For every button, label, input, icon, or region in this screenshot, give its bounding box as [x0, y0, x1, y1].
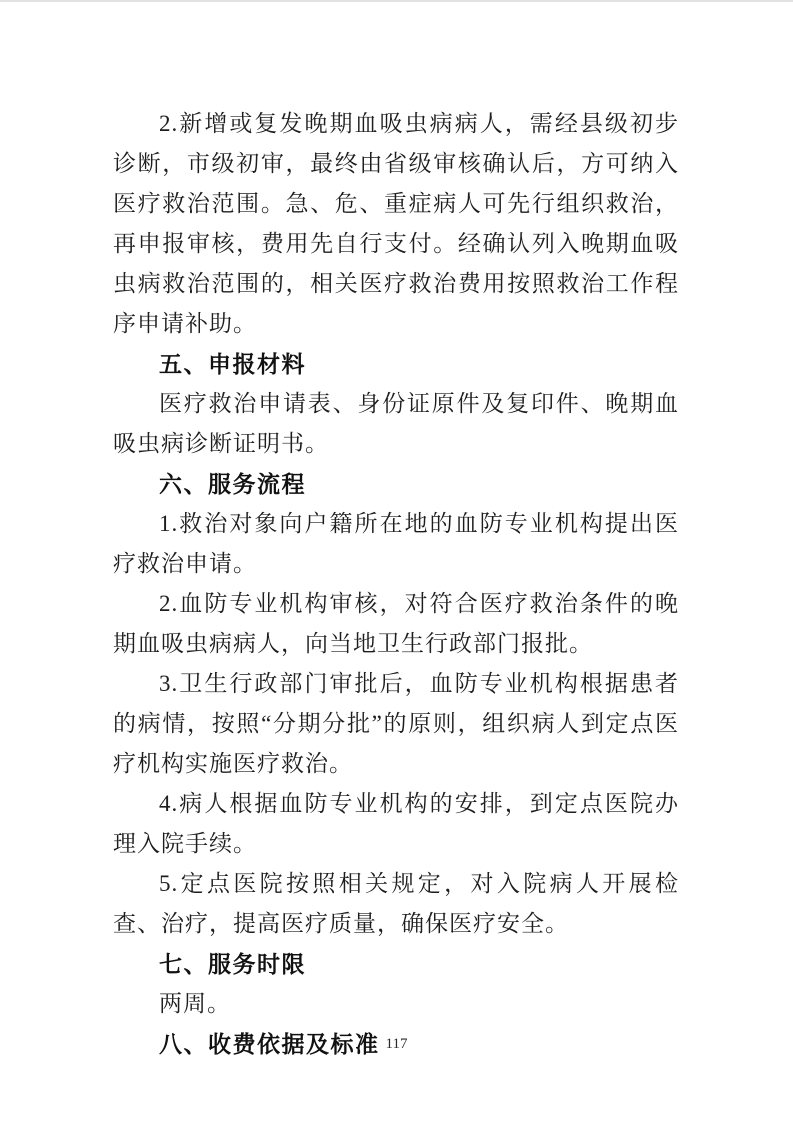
document-content: 2.新增或复发晚期血吸虫病病人，需经县级初步诊断，市级初审，最终由省级审核确认后…	[113, 104, 679, 1064]
body-paragraph-materials-list: 医疗救治申请表、身份证原件及复印件、晚期血吸虫病诊断证明书。	[113, 384, 679, 464]
body-paragraph-time-limit: 两周。	[113, 984, 679, 1024]
body-paragraph-process-step-2: 2.血防专业机构审核，对符合医疗救治条件的晚期血吸虫病病人，向当地卫生行政部门报…	[113, 584, 679, 664]
section-heading-process: 六、服务流程	[113, 464, 679, 504]
body-paragraph-process-step-5: 5.定点医院按照相关规定，对入院病人开展检查、治疗，提高医疗质量，确保医疗安全。	[113, 864, 679, 944]
body-paragraph-process-step-4: 4.病人根据血防专业机构的安排，到定点医院办理入院手续。	[113, 784, 679, 864]
body-paragraph-process-step-3: 3.卫生行政部门审批后，血防专业机构根据患者的病情，按照“分期分批”的原则，组织…	[113, 664, 679, 784]
body-paragraph-process-step-1: 1.救治对象向户籍所在地的血防专业机构提出医疗救治申请。	[113, 504, 679, 584]
section-heading-time-limit: 七、服务时限	[113, 944, 679, 984]
document-page: 2.新增或复发晚期血吸虫病病人，需经县级初步诊断，市级初审，最终由省级审核确认后…	[0, 0, 793, 1122]
body-paragraph-approval-scope: 2.新增或复发晚期血吸虫病病人，需经县级初步诊断，市级初审，最终由省级审核确认后…	[113, 104, 679, 344]
page-number: 117	[0, 1036, 793, 1053]
section-heading-materials: 五、申报材料	[113, 344, 679, 384]
